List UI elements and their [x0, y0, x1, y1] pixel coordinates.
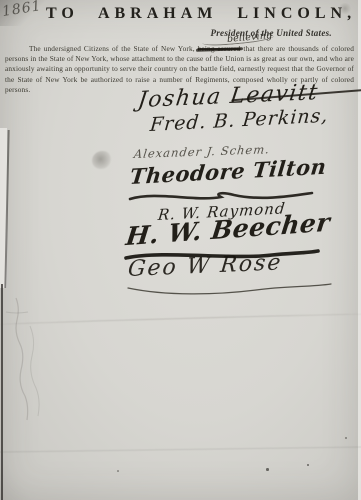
signature-flourish — [126, 190, 316, 204]
paper-crease — [0, 446, 361, 454]
faint-pencil-marks — [2, 292, 57, 442]
paper-speck — [117, 470, 119, 472]
paper-speck — [345, 437, 347, 439]
petition-text-before: The undersigned Citizens of the State of… — [29, 44, 198, 53]
signature-flourish — [126, 283, 334, 297]
ink-stain — [92, 151, 111, 169]
manuscript-edit: being assuredbelieving — [198, 44, 241, 53]
document-title: TO ABRAHAM LINCOLN, — [46, 5, 356, 23]
signature-h-w-beecher: H. W. Beecher — [124, 208, 332, 252]
document-photo: 1861 TO ABRAHAM LINCOLN, President of th… — [0, 0, 361, 500]
paper-speck — [266, 468, 269, 471]
signature-flourish — [122, 247, 322, 263]
paper-speck — [307, 464, 309, 466]
